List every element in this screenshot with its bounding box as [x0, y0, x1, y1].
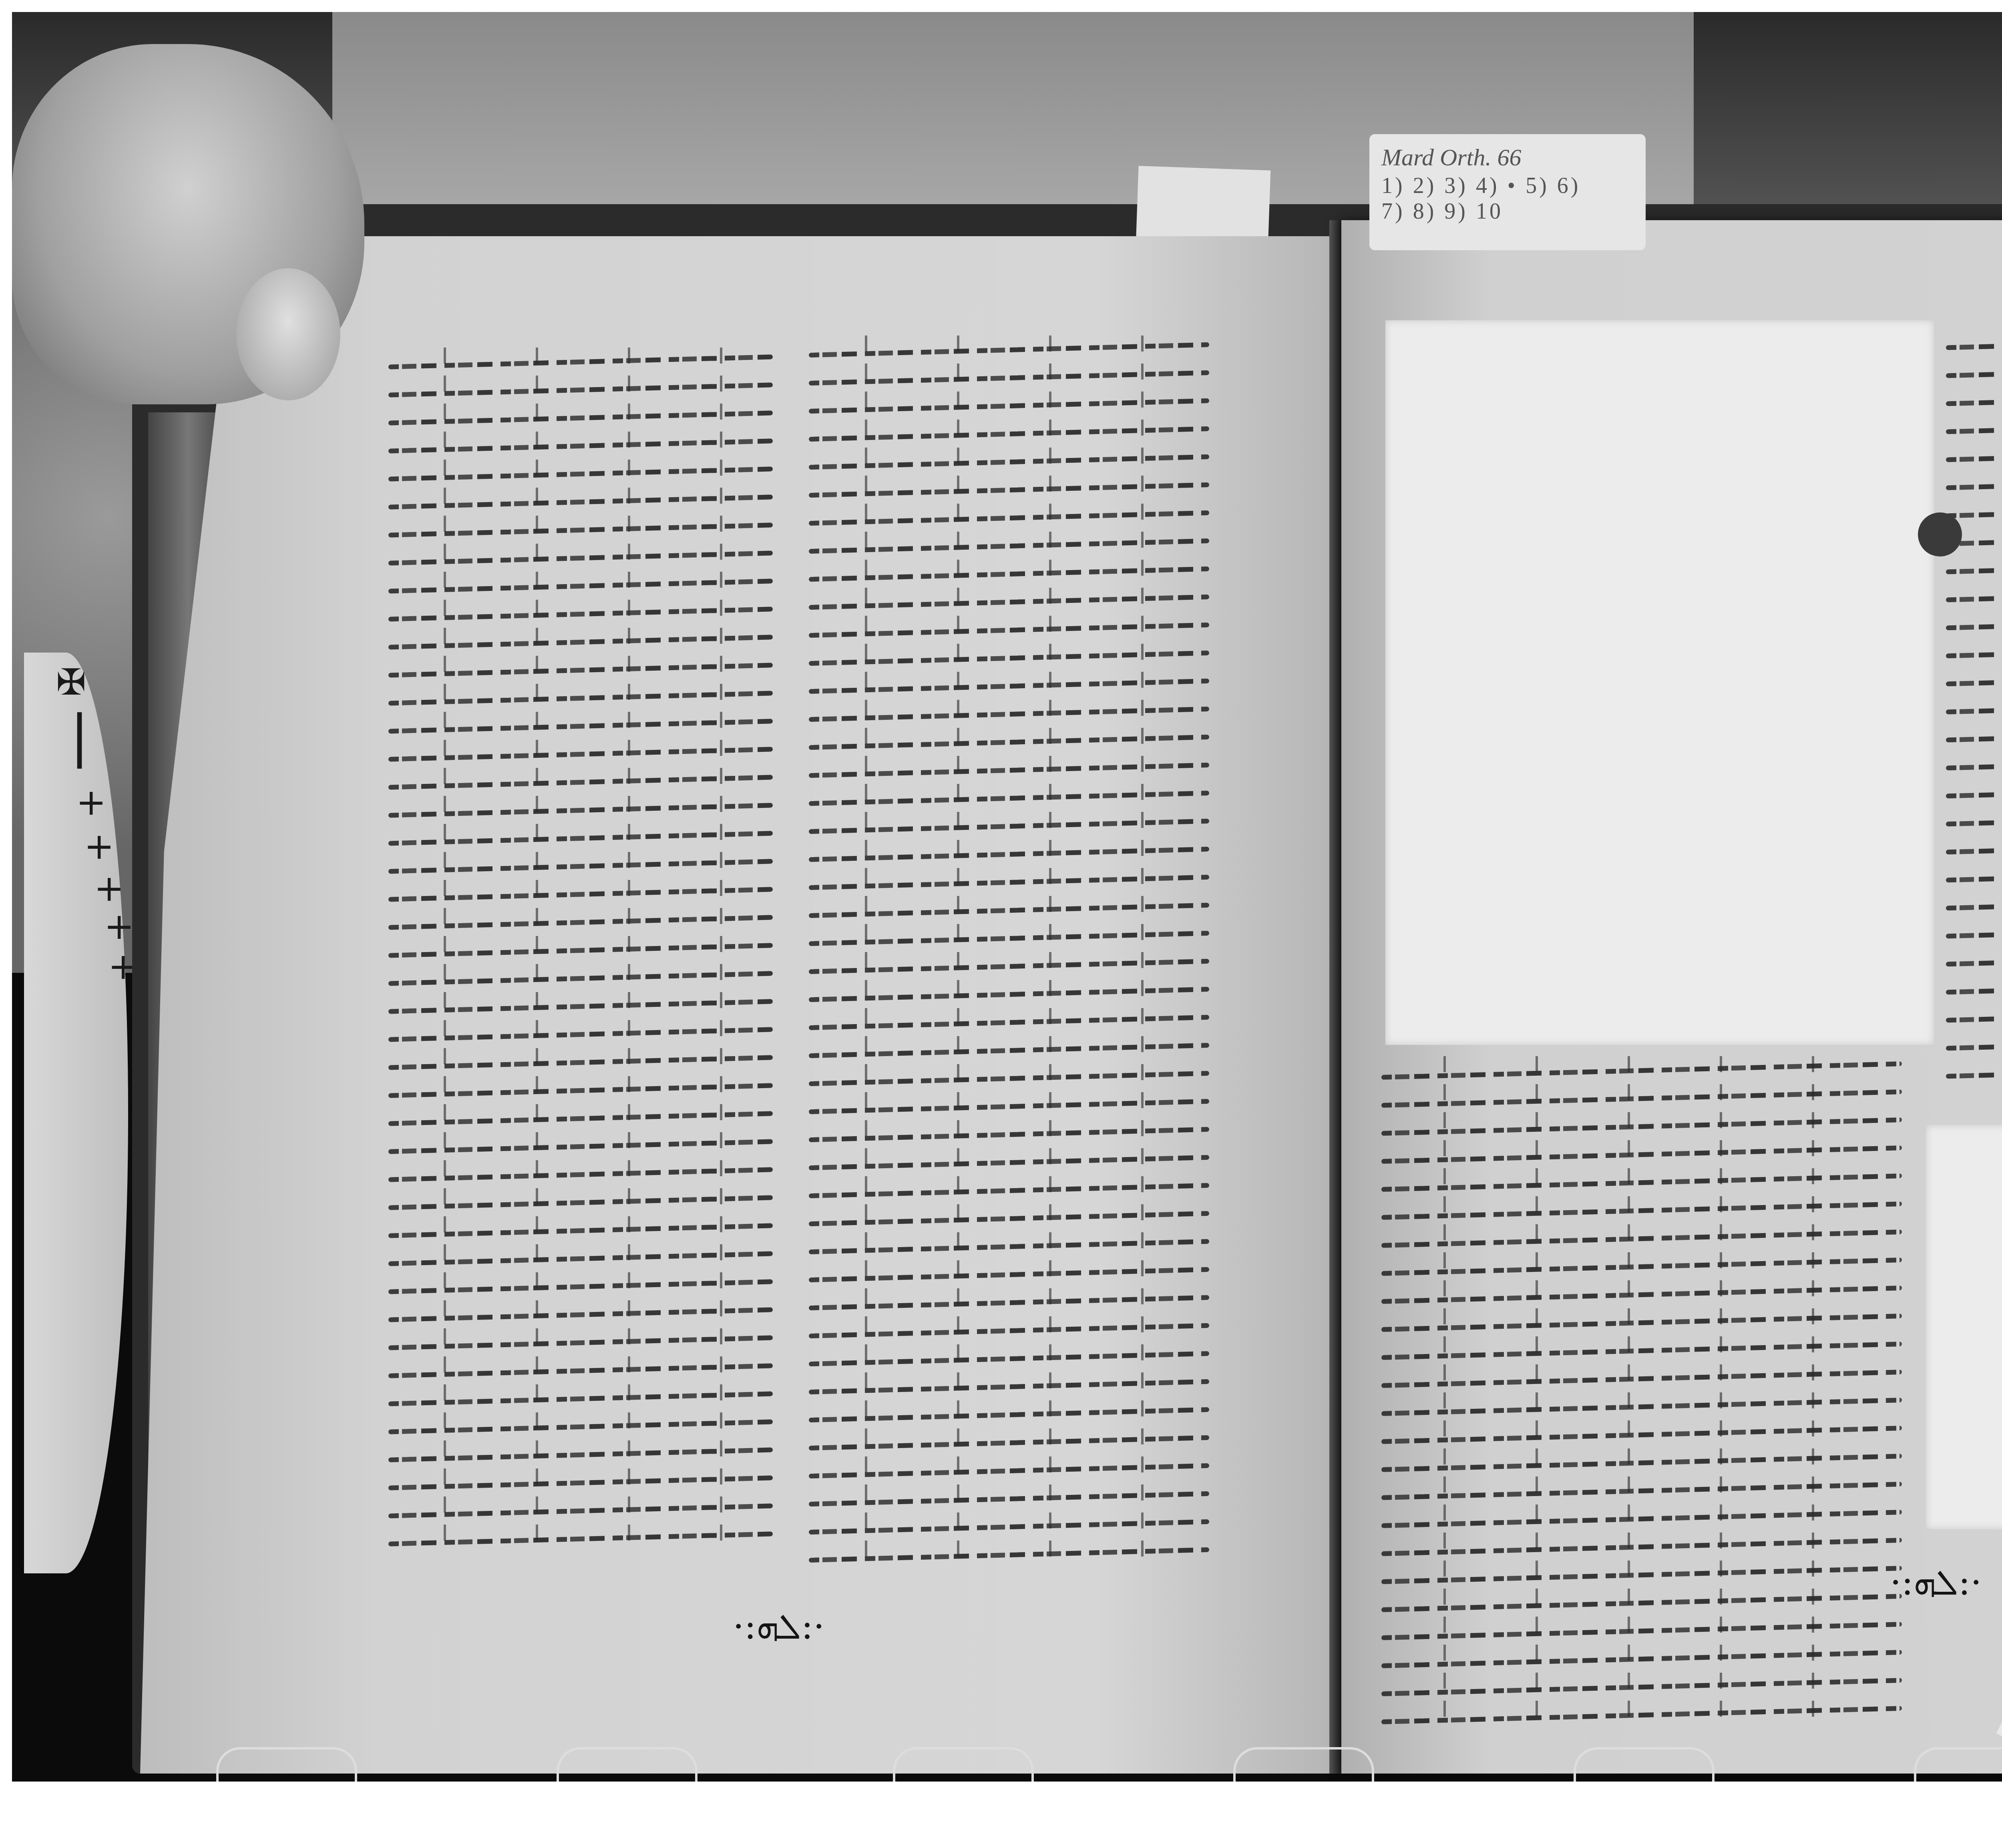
film-sprocket — [1233, 1747, 1374, 1782]
left-page-column-outer — [388, 344, 773, 1549]
left-hand — [12, 44, 364, 404]
paper-patch-small — [1926, 1125, 2002, 1529]
right-page-footer-mark: ·:ܠܗ:· — [1890, 1561, 1982, 1604]
catalog-tag: Mard Orth. 66 1) 2) 3) 4) • 5) 6) 7) 8) … — [1369, 134, 1646, 250]
left-thumb — [236, 268, 340, 400]
catalog-tag-row1: 1) 2) 3) 4) • 5) 6) — [1381, 173, 1634, 199]
plus-icon: + — [84, 829, 114, 865]
film-sprocket — [1914, 1747, 2002, 1782]
film-frame: ✠ | + + + + + — [12, 12, 2002, 1782]
plus-icon: + — [94, 871, 124, 907]
paper-patch-large — [1385, 320, 1934, 1045]
right-page: ·:ܠܗ:· — [1341, 220, 2002, 1774]
catalog-tag-row2: 7) 8) 9) 10 — [1381, 199, 1634, 224]
bar-icon: | — [70, 709, 89, 765]
hole — [1918, 512, 1962, 556]
left-page-footer-mark: ·:ܠܗ:· — [733, 1605, 825, 1648]
left-page-column-inner — [809, 332, 1209, 1565]
right-page-column-outer — [1946, 324, 2002, 1081]
cross-icon: ✠ — [56, 665, 86, 701]
left-page: ·:ܠܗ:· — [140, 236, 1337, 1774]
film-sprocket — [216, 1747, 357, 1782]
film-sprocket — [1574, 1747, 1715, 1782]
film-sprocket — [557, 1747, 697, 1782]
film-sprocket — [893, 1747, 1034, 1782]
right-page-column-inner — [1381, 1053, 1902, 1725]
catalog-tag-title: Mard Orth. 66 — [1381, 144, 1634, 171]
plus-icon: + — [104, 909, 134, 945]
plus-icon: + — [76, 785, 106, 821]
